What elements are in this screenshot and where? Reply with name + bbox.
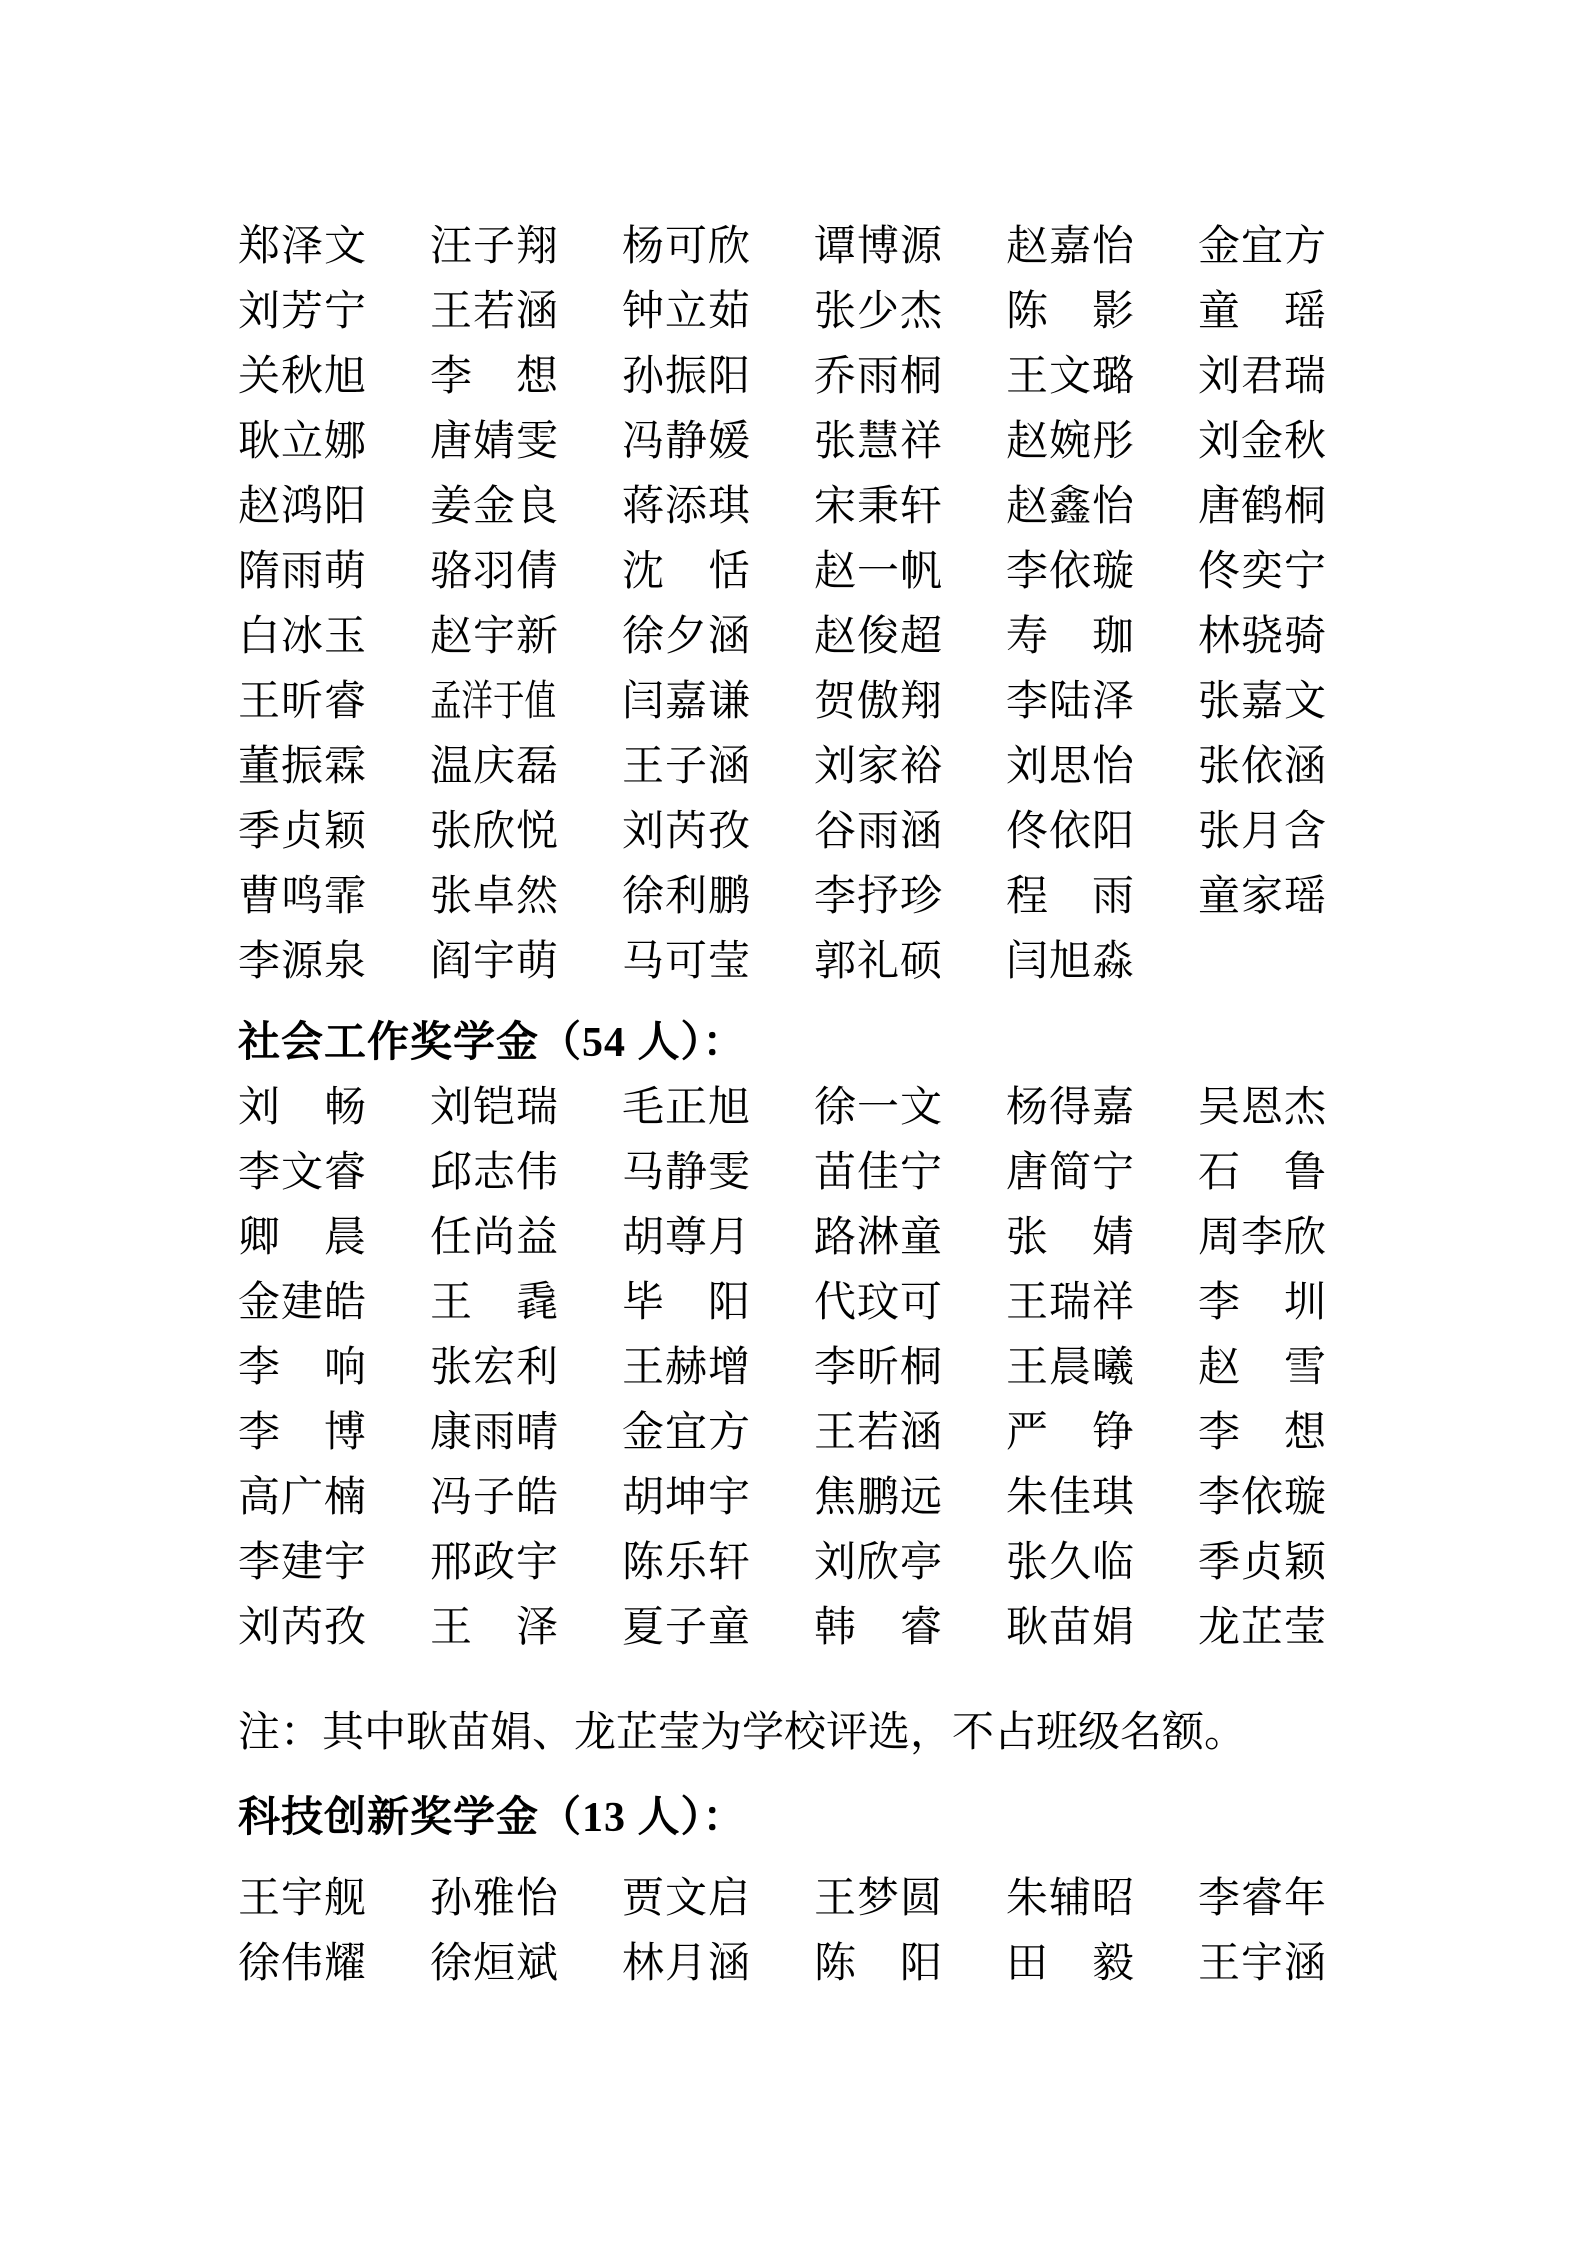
person-name: 代玟可 xyxy=(814,1271,942,1336)
person-name: 李 响 xyxy=(238,1336,366,1401)
person-name: 李文睿 xyxy=(238,1141,366,1206)
person-name: 唐婧雯 xyxy=(430,410,558,475)
person-name: 贾文启 xyxy=(622,1867,750,1932)
person-name: 金宜方 xyxy=(1198,215,1326,280)
person-name: 佟奕宁 xyxy=(1198,540,1326,605)
person-name: 孟洋于值 xyxy=(430,670,558,735)
person-name: 马静雯 xyxy=(622,1141,750,1206)
person-name: 张 婧 xyxy=(1006,1206,1134,1271)
person-name: 孙雅怡 xyxy=(430,1867,558,1932)
person-name: 程 雨 xyxy=(1006,865,1134,930)
person-name: 赵鸿阳 xyxy=(238,475,366,540)
person-name: 焦鹏远 xyxy=(814,1466,942,1531)
person-name: 赵宇新 xyxy=(430,605,558,670)
person-name: 马可莹 xyxy=(622,930,750,995)
person-name: 高广楠 xyxy=(238,1466,366,1531)
person-name: 石 鲁 xyxy=(1198,1141,1326,1206)
person-name: 王 毳 xyxy=(430,1271,558,1336)
person-name: 李依璇 xyxy=(1198,1466,1326,1531)
person-name: 耿立娜 xyxy=(238,410,366,475)
person-name: 李睿年 xyxy=(1198,1867,1326,1932)
person-name: 冯静媛 xyxy=(622,410,750,475)
person-name: 刘铠瑞 xyxy=(430,1076,558,1141)
person-name: 张卓然 xyxy=(430,865,558,930)
person-name: 林月涵 xyxy=(622,1932,750,1997)
person-name: 刘君瑞 xyxy=(1198,345,1326,410)
person-name: 刘芮孜 xyxy=(238,1596,366,1661)
person-name: 朱佳琪 xyxy=(1006,1466,1134,1531)
person-name: 刘 畅 xyxy=(238,1076,366,1141)
person-name: 李 想 xyxy=(1198,1401,1326,1466)
person-name: 刘金秋 xyxy=(1198,410,1326,475)
person-name: 孙振阳 xyxy=(622,345,750,410)
person-name: 李 博 xyxy=(238,1401,366,1466)
person-name: 郑泽文 xyxy=(238,215,366,280)
person-name: 童家瑶 xyxy=(1198,865,1326,930)
person-name: 杨可欣 xyxy=(622,215,750,280)
person-name: 韩 睿 xyxy=(814,1596,942,1661)
person-name: 吴恩杰 xyxy=(1198,1076,1326,1141)
person-name: 王宇舰 xyxy=(238,1867,366,1932)
person-name: 康雨晴 xyxy=(430,1401,558,1466)
person-name: 金建皓 xyxy=(238,1271,366,1336)
person-name: 刘思怡 xyxy=(1006,735,1134,800)
person-name: 赵 雪 xyxy=(1198,1336,1326,1401)
person-name: 刘欣亭 xyxy=(814,1531,942,1596)
person-name: 姜金良 xyxy=(430,475,558,540)
person-name: 王赫增 xyxy=(622,1336,750,1401)
person-name: 毛正旭 xyxy=(622,1076,750,1141)
person-name: 刘芮孜 xyxy=(622,800,750,865)
person-name: 卿 晨 xyxy=(238,1206,366,1271)
person-name: 张慧祥 xyxy=(814,410,942,475)
person-name: 胡坤宇 xyxy=(622,1466,750,1531)
person-name: 赵婉彤 xyxy=(1006,410,1134,475)
section-header-tech-innovation: 科技创新奖学金（13 人）： xyxy=(238,1786,1338,1851)
person-name: 李抒珍 xyxy=(814,865,942,930)
person-name: 王若涵 xyxy=(430,280,558,345)
person-name: 赵一帆 xyxy=(814,540,942,605)
person-name: 赵鑫怡 xyxy=(1006,475,1134,540)
person-name: 张嘉文 xyxy=(1198,670,1326,735)
person-name: 关秋旭 xyxy=(238,345,366,410)
person-name: 徐伟耀 xyxy=(238,1932,366,1997)
person-name: 王 泽 xyxy=(430,1596,558,1661)
person-name: 林骁骑 xyxy=(1198,605,1326,670)
person-name: 阎宇萌 xyxy=(430,930,558,995)
person-name: 寿 珈 xyxy=(1006,605,1134,670)
person-name: 蒋添琪 xyxy=(622,475,750,540)
person-name: 乔雨桐 xyxy=(814,345,942,410)
document-page: 郑泽文汪子翔杨可欣谭博源赵嘉怡金宜方刘芳宁王若涵钟立茹张少杰陈 影童 瑶关秋旭李… xyxy=(0,0,1586,2245)
person-name: 严 铮 xyxy=(1006,1401,1134,1466)
person-name: 王文璐 xyxy=(1006,345,1134,410)
person-name: 童 瑶 xyxy=(1198,280,1326,345)
person-name: 闫旭淼 xyxy=(1006,930,1134,995)
person-name: 张宏利 xyxy=(430,1336,558,1401)
person-name: 周李欣 xyxy=(1198,1206,1326,1271)
person-name: 张依涵 xyxy=(1198,735,1326,800)
person-name: 赵俊超 xyxy=(814,605,942,670)
person-name: 任尚益 xyxy=(430,1206,558,1271)
person-name: 邱志伟 xyxy=(430,1141,558,1206)
person-name: 钟立茹 xyxy=(622,280,750,345)
person-name: 闫嘉谦 xyxy=(622,670,750,735)
person-name: 徐利鹏 xyxy=(622,865,750,930)
person-name: 毕 阳 xyxy=(622,1271,750,1336)
person-name: 王宇涵 xyxy=(1198,1932,1326,1997)
person-name: 谭博源 xyxy=(814,215,942,280)
person-name: 隋雨萌 xyxy=(238,540,366,605)
person-name: 夏子童 xyxy=(622,1596,750,1661)
person-name: 张欣悦 xyxy=(430,800,558,865)
person-name: 冯子皓 xyxy=(430,1466,558,1531)
name-grid-social-work: 刘 畅刘铠瑞毛正旭徐一文杨得嘉吴恩杰李文睿邱志伟马静雯苗佳宁唐简宁石 鲁卿 晨任… xyxy=(238,1076,1338,1661)
person-name: 贺傲翔 xyxy=(814,670,942,735)
person-name: 李 想 xyxy=(430,345,558,410)
person-name: 王梦圆 xyxy=(814,1867,942,1932)
person-name: 季贞颖 xyxy=(238,800,366,865)
person-name: 李依璇 xyxy=(1006,540,1134,605)
person-name: 邢政宇 xyxy=(430,1531,558,1596)
person-name: 董振霖 xyxy=(238,735,366,800)
name-grid-continued: 郑泽文汪子翔杨可欣谭博源赵嘉怡金宜方刘芳宁王若涵钟立茹张少杰陈 影童 瑶关秋旭李… xyxy=(238,215,1338,995)
person-name: 田 毅 xyxy=(1006,1932,1134,1997)
person-name: 路淋童 xyxy=(814,1206,942,1271)
person-name: 王瑞祥 xyxy=(1006,1271,1134,1336)
person-name: 耿苗娟 xyxy=(1006,1596,1134,1661)
person-name: 徐烜斌 xyxy=(430,1932,558,1997)
person-name: 骆羽倩 xyxy=(430,540,558,605)
person-name: 汪子翔 xyxy=(430,215,558,280)
person-name: 宋秉轩 xyxy=(814,475,942,540)
person-name: 杨得嘉 xyxy=(1006,1076,1134,1141)
person-name: 龙芷莹 xyxy=(1198,1596,1326,1661)
person-name: 徐一文 xyxy=(814,1076,942,1141)
person-name: 赵嘉怡 xyxy=(1006,215,1134,280)
person-name: 李建宇 xyxy=(238,1531,366,1596)
person-name: 陈 阳 xyxy=(814,1932,942,1997)
person-name: 张久临 xyxy=(1006,1531,1134,1596)
person-name: 李 圳 xyxy=(1198,1271,1326,1336)
person-name: 郭礼硕 xyxy=(814,930,942,995)
person-name: 佟依阳 xyxy=(1006,800,1134,865)
person-name: 陈 影 xyxy=(1006,280,1134,345)
person-name: 苗佳宁 xyxy=(814,1141,942,1206)
person-name: 陈乐轩 xyxy=(622,1531,750,1596)
person-name: 张月含 xyxy=(1198,800,1326,865)
person-name: 季贞颖 xyxy=(1198,1531,1326,1596)
person-name: 温庆磊 xyxy=(430,735,558,800)
person-name: 王昕睿 xyxy=(238,670,366,735)
person-name: 金宜方 xyxy=(622,1401,750,1466)
person-name: 唐简宁 xyxy=(1006,1141,1134,1206)
person-name: 胡尊月 xyxy=(622,1206,750,1271)
person-name: 谷雨涵 xyxy=(814,800,942,865)
document-content: 郑泽文汪子翔杨可欣谭博源赵嘉怡金宜方刘芳宁王若涵钟立茹张少杰陈 影童 瑶关秋旭李… xyxy=(238,215,1338,1997)
person-name: 沈 恬 xyxy=(622,540,750,605)
person-name: 张少杰 xyxy=(814,280,942,345)
person-name: 王子涵 xyxy=(622,735,750,800)
section-header-social-work: 社会工作奖学金（54 人）： xyxy=(238,1011,1338,1076)
person-name: 李陆泽 xyxy=(1006,670,1134,735)
person-name: 徐夕涵 xyxy=(622,605,750,670)
person-name: 王若涵 xyxy=(814,1401,942,1466)
person-name: 刘家裕 xyxy=(814,735,942,800)
person-name: 白冰玉 xyxy=(238,605,366,670)
person-name: 李源泉 xyxy=(238,930,366,995)
note-line: 注：其中耿苗娟、龙芷莹为学校评选，不占班级名额。 xyxy=(238,1701,1338,1766)
person-name: 曹鸣霏 xyxy=(238,865,366,930)
person-name: 李昕桐 xyxy=(814,1336,942,1401)
person-name: 王晨曦 xyxy=(1006,1336,1134,1401)
person-name: 唐鹤桐 xyxy=(1198,475,1326,540)
person-name: 刘芳宁 xyxy=(238,280,366,345)
person-name: 朱辅昭 xyxy=(1006,1867,1134,1932)
name-grid-tech-innovation: 王宇舰孙雅怡贾文启王梦圆朱辅昭李睿年徐伟耀徐烜斌林月涵陈 阳田 毅王宇涵 xyxy=(238,1867,1338,1997)
